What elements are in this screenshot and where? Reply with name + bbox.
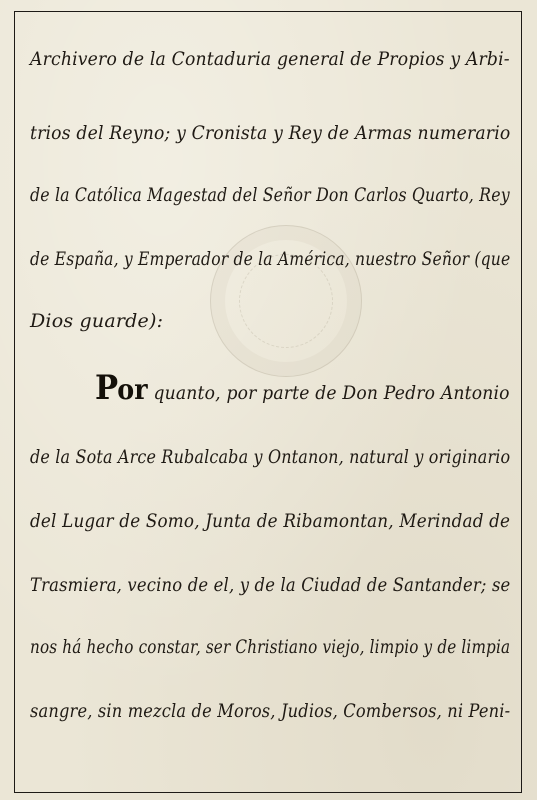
text-line-1: Archivero de la Contaduria general de Pr… (30, 48, 510, 70)
text-line-3: de la Católica Magestad del Señor Don Ca… (30, 184, 510, 206)
text-line-6: quanto, por parte de Don Pedro Antonio (153, 382, 509, 404)
drop-cap-initial: P (95, 368, 117, 408)
paragraph-start-line: Por quanto, por parte de Don Pedro Anton… (95, 368, 510, 408)
drop-cap-rest: or (117, 373, 148, 406)
text-line-7: de la Sota Arce Rubalcaba y Ontanon, nat… (30, 446, 510, 468)
text-line-8: del Lugar de Somo, Junta de Ribamontan, … (30, 510, 510, 532)
text-line-2: trios del Reyno; y Cronista y Rey de Arm… (30, 122, 510, 144)
text-line-9: Trasmiera, vecino de el, y de la Ciudad … (30, 574, 510, 596)
text-line-10: nos há hecho constar, ser Christiano vie… (30, 636, 510, 658)
text-line-5: Dios guarde): (30, 310, 163, 332)
manuscript-page: Archivero de la Contaduria general de Pr… (0, 0, 537, 800)
text-line-4: de España, y Emperador de la América, nu… (30, 248, 510, 270)
text-line-11: sangre, sin mezcla de Moros, Judios, Com… (30, 700, 510, 722)
